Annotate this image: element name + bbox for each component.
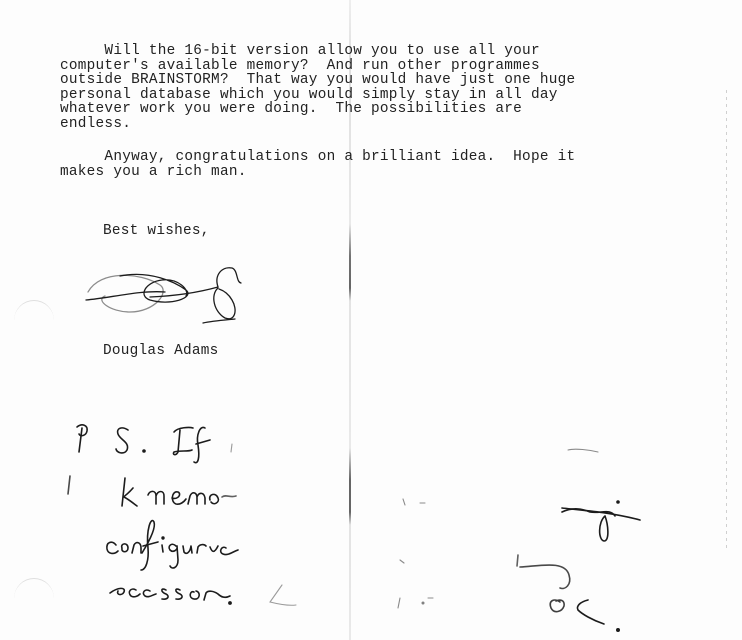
letter-closing: Best wishes, <box>103 224 210 239</box>
paper-edge-mark <box>726 90 727 550</box>
typed-signatory-name: Douglas Adams <box>103 344 219 359</box>
letter-page: Will the 16-bit version allow you to use… <box>0 0 742 640</box>
punch-hole-mark <box>14 300 54 341</box>
punch-hole-mark <box>14 578 54 619</box>
letter-paragraph: Anyway, congratulations on a brilliant i… <box>60 150 575 179</box>
letter-paragraph: Will the 16-bit version allow you to use… <box>60 44 575 132</box>
